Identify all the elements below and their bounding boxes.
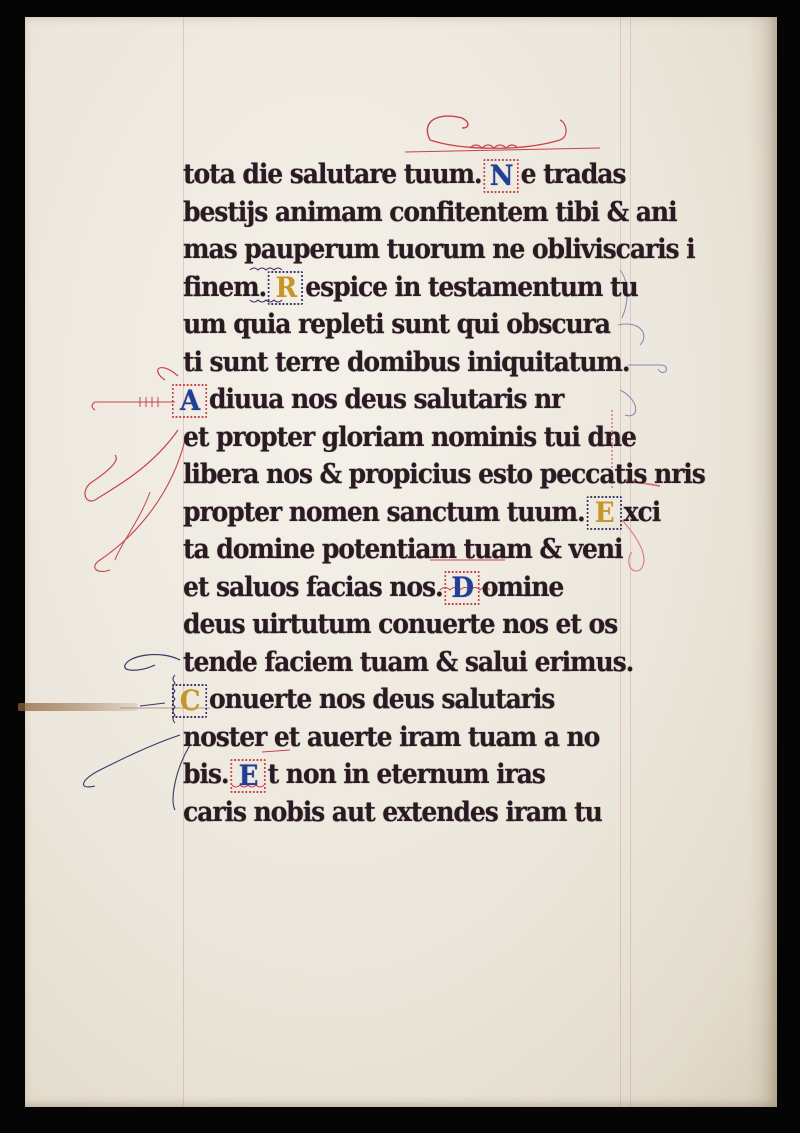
illuminated-initial-gold: C [172, 684, 207, 718]
text-line: caris nobis aut extendes iram tu [183, 794, 602, 832]
text-line: tota die salutare tuum.Ne tradas [183, 156, 602, 194]
text-line: propter nomen sanctum tuum.Exci [183, 494, 602, 532]
text-segment: t non in eternum iras [268, 759, 545, 790]
illuminated-initial-gold: E [586, 496, 621, 530]
text-segment: um quia repleti sunt qui obscura [183, 309, 610, 340]
text-segment: et saluos facias nos. [183, 572, 443, 603]
text-segment: onuerte nos deus salutaris [209, 684, 554, 715]
manuscript-text-block: tota die salutare tuum.Ne tradas bestijs… [183, 156, 633, 831]
text-segment: bis. [183, 759, 229, 790]
text-line: noster et auerte iram tuam a no [183, 719, 602, 757]
text-segment: omine [482, 572, 564, 603]
text-segment: xci [624, 497, 660, 528]
illuminated-initial-blue: N [483, 159, 518, 193]
text-segment: deus uirtutum conuerte nos et os [183, 609, 617, 640]
text-line: bis.Et non in eternum iras [183, 756, 602, 794]
text-segment: tende faciem tuam & salui erimus. [183, 647, 633, 678]
illuminated-initial-blue: D [445, 571, 480, 605]
text-segment: mas pauperum tuorum ne obliviscaris i [183, 234, 695, 265]
text-segment: bestijs animam confitentem tibi & ani [183, 197, 677, 228]
text-line: bestijs animam confitentem tibi & ani [183, 194, 602, 232]
text-segment: caris nobis aut extendes iram tu [183, 797, 602, 828]
text-segment: ta domine potentiam tuam & veni [183, 534, 622, 565]
text-segment: finem. [183, 272, 266, 303]
text-segment: tota die salutare tuum. [183, 159, 482, 190]
text-segment: propter nomen sanctum tuum. [183, 497, 585, 528]
text-segment: et propter gloriam nominis tui dne [183, 422, 636, 453]
text-line: finem.Respice in testamentum tu [183, 269, 602, 307]
text-line: libera nos & propicius esto peccatis nri… [183, 456, 602, 494]
text-segment: libera nos & propicius esto peccatis nri… [183, 459, 705, 490]
illuminated-initial-blue: E [230, 759, 265, 793]
text-line: Conuerte nos deus salutaris [183, 681, 602, 719]
text-segment: e tradas [521, 159, 626, 190]
text-line: Adiuua nos deus salutaris nr [183, 381, 602, 419]
text-line: et propter gloriam nominis tui dne [183, 419, 602, 457]
text-line: et saluos facias nos.Domine [183, 569, 602, 607]
text-line: deus uirtutum conuerte nos et os [183, 606, 602, 644]
text-segment: diuua nos deus salutaris nr [209, 384, 563, 415]
text-segment: espice in testamentum tu [305, 272, 637, 303]
text-segment: noster et auerte iram tuam a no [183, 722, 599, 753]
text-line: um quia repleti sunt qui obscura [183, 306, 602, 344]
text-line: ta domine potentiam tuam & veni [183, 531, 602, 569]
text-line: ti sunt terre domibus iniquitatum. [183, 344, 602, 382]
illuminated-initial-blue: A [172, 384, 207, 418]
text-segment: ti sunt terre domibus iniquitatum. [183, 347, 630, 378]
illuminated-initial-gold: R [268, 271, 303, 305]
text-line: tende faciem tuam & salui erimus. [183, 644, 602, 682]
text-line: mas pauperum tuorum ne obliviscaris i [183, 231, 602, 269]
